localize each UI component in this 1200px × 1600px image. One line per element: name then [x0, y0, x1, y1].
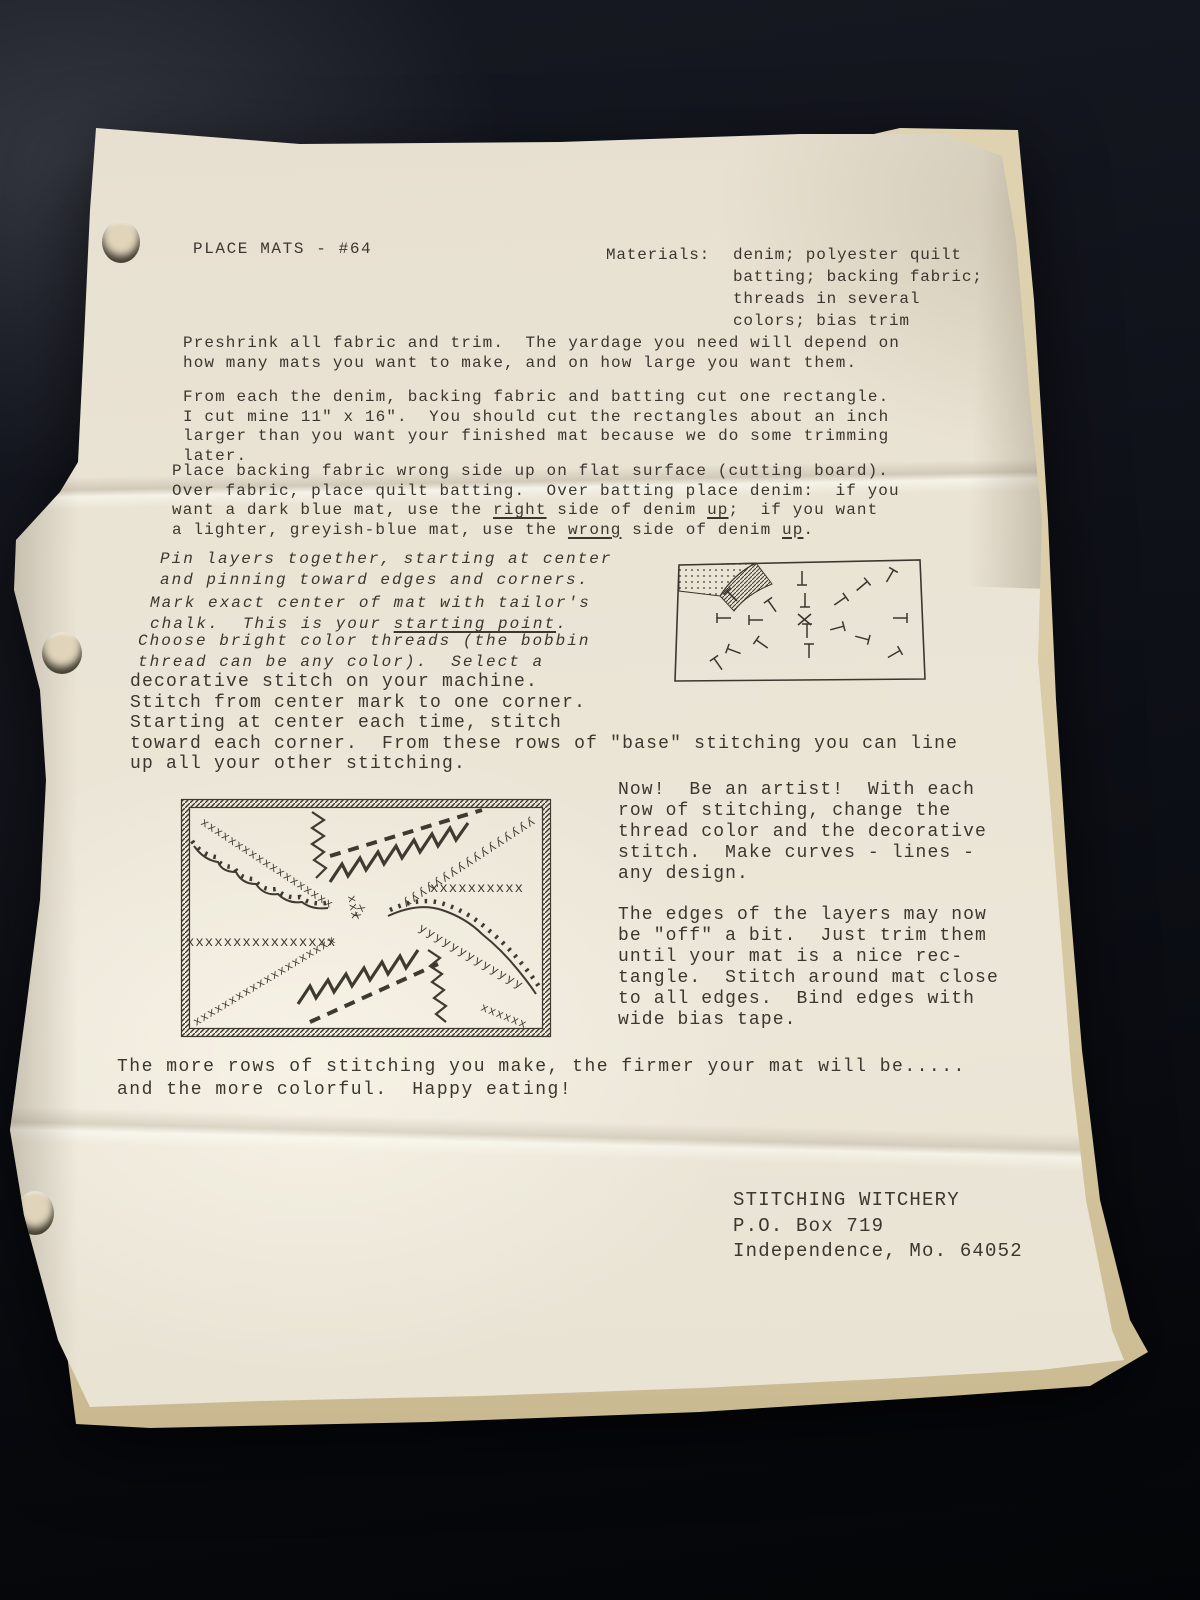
- materials-list: denim; polyester quilt batting; backing …: [733, 244, 983, 332]
- photo-backdrop: PLACE MATS - #64 Materials: denim; polye…: [0, 0, 1200, 1600]
- paragraph-layering: Place backing fabric wrong side up on fl…: [172, 462, 900, 540]
- paragraph-artist: Now! Be an artist! With each row of stit…: [618, 780, 987, 885]
- pinned-mat-diagram: [672, 556, 927, 684]
- paragraph-threads-italic: Choose bright color threads (the bobbin …: [138, 631, 590, 673]
- paragraph-marking: Mark exact center of mat with tailor's c…: [150, 593, 591, 635]
- paragraph-preshrink: Preshrink all fabric and trim. The yarda…: [183, 334, 900, 373]
- signature-address: STITCHING WITCHERY P.O. Box 719 Independ…: [733, 1188, 1023, 1265]
- stitch-sample-diagram: xxxxxxxxxxxxxxxxxxx yyyyyyyyyyyyyyyyy xx…: [180, 798, 552, 1038]
- punch-hole-top: [102, 221, 140, 263]
- paper-stack: PLACE MATS - #64 Materials: denim; polye…: [0, 0, 1200, 1600]
- paragraph-cutting: From each the denim, backing fabric and …: [183, 388, 889, 466]
- document-title: PLACE MATS - #64: [193, 240, 372, 258]
- paragraph-closing: The more rows of stitching you make, the…: [117, 1056, 966, 1101]
- svg-text:yyyyyyyyyyyyyyyyy: yyyyyyyyyyyyyyyyy: [399, 815, 538, 912]
- materials-label: Materials:: [606, 244, 710, 266]
- svg-text:xxxxxx: xxxxxx: [479, 1001, 530, 1032]
- paragraph-threads-roman: decorative stitch on your machine. Stitc…: [130, 672, 958, 775]
- left-edge-shadow: [0, 450, 78, 1410]
- punch-hole-bottom: [16, 1191, 54, 1235]
- paragraph-edges: The edges of the layers may now be "off"…: [618, 905, 999, 1031]
- svg-text:xxxxxxxxxx: xxxxxxxxxx: [430, 881, 524, 897]
- punch-hole-middle: [42, 632, 82, 674]
- fold-crease-lower: [0, 1106, 1200, 1173]
- paragraph-pinning: Pin layers together, starting at center …: [160, 549, 612, 591]
